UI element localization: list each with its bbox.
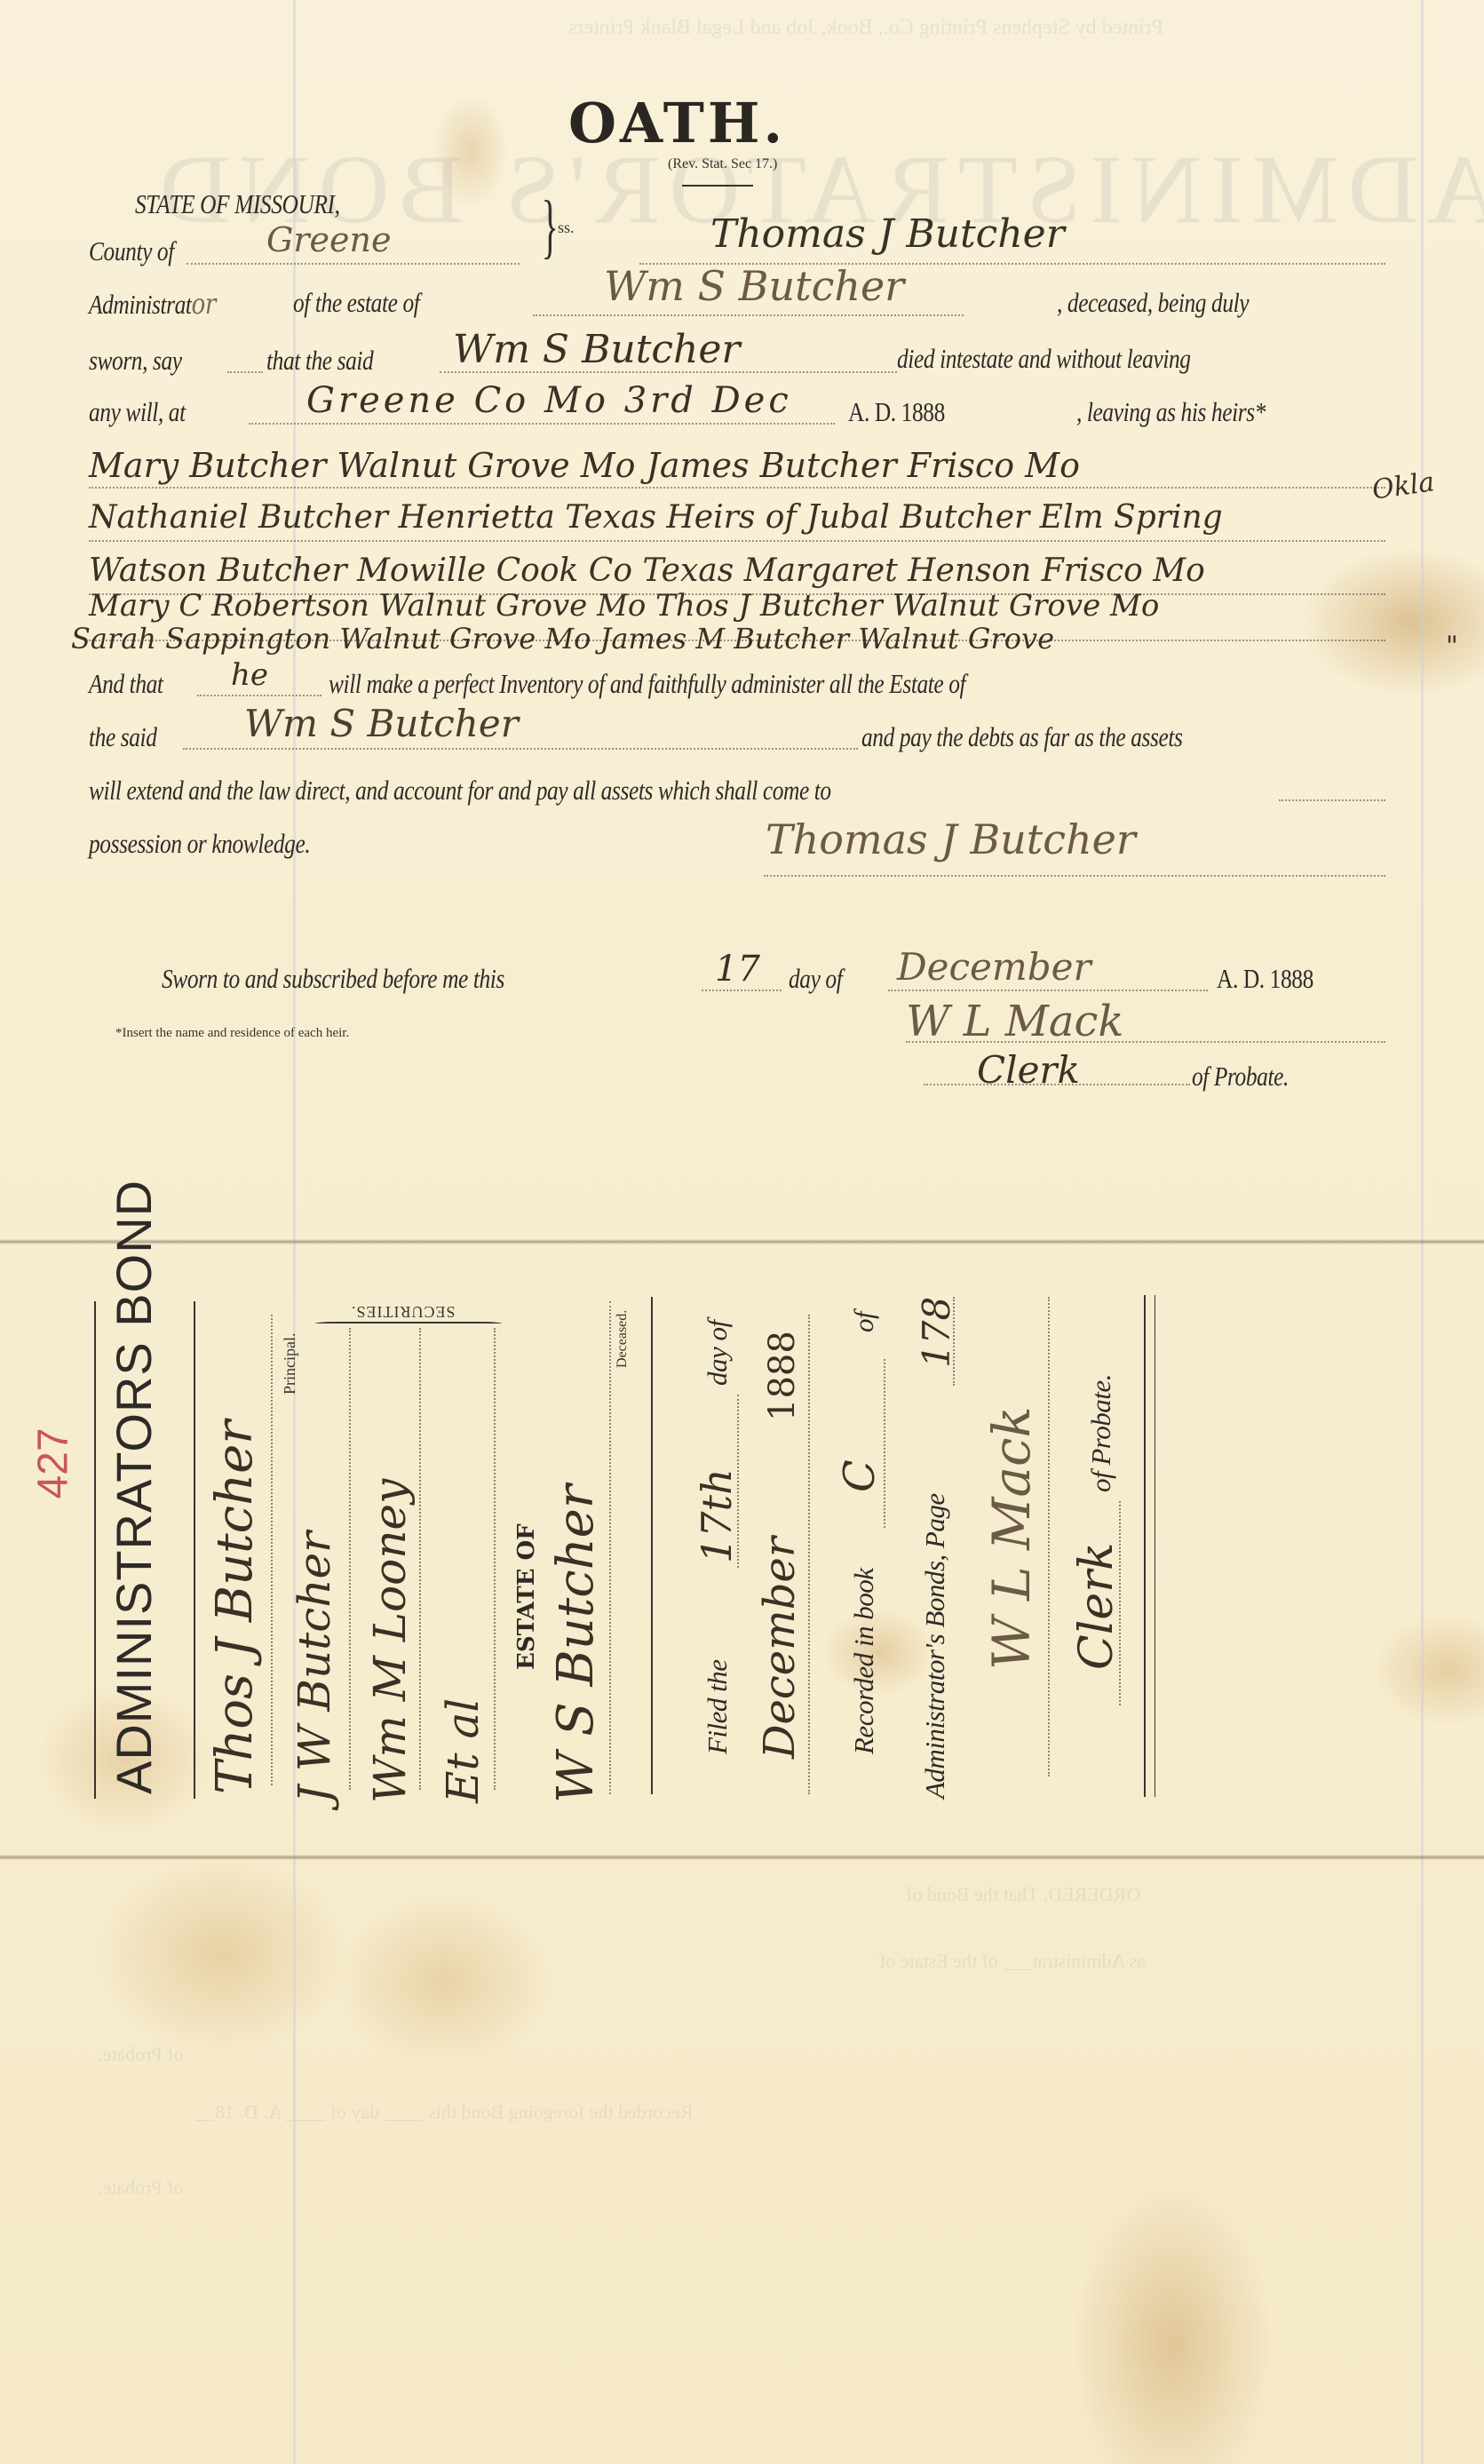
deceased-label: Deceased. — [615, 1310, 631, 1368]
heir-entry-3: Watson Butcher Mowille Cook Co Texas Mar… — [89, 552, 1205, 589]
security-field-line-3 — [494, 1328, 496, 1790]
recorded-of-label: of — [848, 1312, 880, 1332]
died-intestate-label: died intestate and without leaving — [897, 343, 1191, 375]
bleed-probate-line: of Probate. — [98, 2043, 184, 2066]
ss-brace: } — [542, 191, 559, 262]
deceased-field-line — [609, 1301, 611, 1794]
administrator-suffix: or — [192, 287, 217, 321]
pay-debts-text: and pay the debts as far as the assets — [861, 721, 1182, 753]
and-that-value: he — [231, 657, 268, 693]
recorded-book-field-line — [884, 1359, 885, 1528]
sworn-month-value: December — [897, 945, 1091, 989]
affiant-signature: Thomas J Butcher — [766, 815, 1136, 863]
fold-line-lower — [0, 1855, 1484, 1860]
principal-name: Thos J Butcher — [206, 1420, 264, 1794]
county-field-line — [186, 263, 520, 265]
heir-entry-1: Mary Butcher Walnut Grove Mo James Butch… — [89, 446, 1080, 485]
estate-of-label: ESTATE OF — [513, 1523, 540, 1670]
place-field-line — [249, 423, 835, 425]
bond-of-probate-label: of Probate. — [1085, 1374, 1117, 1492]
bond-divider-right-2 — [1155, 1295, 1155, 1797]
and-that-label: And that — [89, 668, 163, 700]
filed-month: December — [755, 1537, 805, 1759]
county-value: Greene — [266, 220, 391, 259]
that-the-said-label: that the said — [266, 345, 373, 377]
recorded-label: Recorded in book — [848, 1569, 880, 1755]
crease-vertical-right — [1421, 0, 1424, 2464]
extend-text: will extend and the law direct, and acco… — [89, 775, 831, 807]
bonds-page-label: Administrator's Bonds, Page — [919, 1493, 951, 1799]
heirs-line-1 — [89, 487, 1385, 489]
place-date-value: Greene Co Mo 3rd Dec — [306, 380, 792, 421]
principal-label: Principal. — [281, 1333, 299, 1395]
the-said-value: Wm S Butcher — [244, 702, 519, 745]
security-field-line-1 — [349, 1328, 351, 1790]
footnote: *Insert the name and residence of each h… — [115, 1026, 349, 1041]
heirs-ditto-mark: " — [1446, 631, 1458, 662]
securities-brace — [315, 1322, 502, 1323]
heirs-margin-note: Okla — [1370, 466, 1436, 505]
signature-line — [764, 875, 1385, 877]
bond-clerk-signature-line — [1048, 1297, 1050, 1776]
bond-divider-right-1 — [1144, 1295, 1146, 1797]
heirs-line-2 — [89, 540, 1385, 542]
heir-entry-2: Nathaniel Butcher Henrietta Texas Heirs … — [89, 499, 1223, 536]
document-page: Printed by Stephens Printing Co., Book, … — [0, 0, 1484, 2464]
the-said-label: the said — [89, 721, 157, 753]
bonds-page: 178 — [915, 1297, 958, 1368]
securities-label: SECURITIES. — [351, 1302, 456, 1321]
deceased-field-line — [533, 314, 964, 316]
possession-text: possession or knowledge. — [89, 828, 310, 860]
administrator-label: Administrator — [89, 287, 216, 321]
statute-reference: (Rev. Stat. Sec 17.) — [668, 156, 777, 172]
bond-divider-1 — [651, 1297, 653, 1794]
any-will-label: any will, at — [89, 396, 186, 428]
county-label: County of — [89, 235, 174, 267]
bond-deceased-name: W S Butcher — [547, 1484, 605, 1803]
bond-clerk-signature: W L Mack — [981, 1406, 1042, 1670]
filed-day-of-label: day of — [702, 1320, 734, 1386]
principal-field-line — [271, 1315, 273, 1785]
bond-heading-rule-left — [94, 1301, 96, 1799]
sworn-day-value: 17 — [715, 949, 760, 990]
bleed-recorded-line: Recorded the foregoing Bond this ____ da… — [195, 2101, 693, 2124]
the-said-field-line — [183, 748, 858, 750]
bleed-probate-line-2: of Probate. — [98, 2176, 184, 2199]
clerk-signature: W L Mack — [906, 997, 1123, 1046]
and-that-field-line — [197, 695, 321, 696]
title-rule — [682, 185, 753, 187]
deceased-label: , deceased, being duly — [1057, 287, 1249, 319]
affiant-name: Thomas J Butcher — [710, 211, 1065, 257]
bond-heading: ADMINISTRATORS BOND — [105, 1180, 163, 1794]
heir-entry-4: Mary C Robertson Walnut Grove Mo Thos J … — [89, 588, 1159, 624]
extend-field-line — [1279, 799, 1385, 801]
bond-clerk-title: Clerk — [1070, 1542, 1123, 1670]
filed-month-field-line — [808, 1315, 810, 1794]
inventory-text: will make a perfect Inventory of and fai… — [329, 668, 965, 700]
filed-the-label: Filed the — [702, 1659, 734, 1754]
security-name-2: Wm M Looney — [364, 1479, 416, 1803]
security-name-3: Et al — [437, 1698, 488, 1803]
sworn-field-line — [227, 371, 263, 373]
ss-label: ss. — [558, 219, 575, 237]
ad-year-label: A. D. 1888 — [848, 396, 945, 428]
estate-of-label: of the estate of — [293, 287, 419, 319]
leaving-heirs-label: , leaving as his heirs* — [1076, 396, 1266, 428]
filed-year: 1888 — [762, 1331, 803, 1421]
heir-entry-5: Sarah Sappington Walnut Grove Mo James M… — [71, 622, 1054, 656]
bleed-admin-line: as Administrat___ of the Estate of — [879, 1950, 1146, 1973]
sworn-year-label: A. D. 1888 — [1217, 963, 1313, 995]
security-field-line-2 — [419, 1328, 421, 1790]
filed-day: 17th — [693, 1468, 741, 1563]
deceased-name: Wm S Butcher — [604, 262, 904, 310]
bleed-ordered-line: ORDERED, That the Bond of — [906, 1883, 1140, 1906]
sworn-to-label: Sworn to and subscribed before me this — [162, 963, 504, 995]
state-label: STATE OF MISSOURI, — [135, 188, 340, 220]
recorded-book: C — [835, 1459, 885, 1492]
sworn-day-field-line — [702, 990, 782, 991]
file-number: 427 — [29, 1427, 78, 1498]
deceased-name-2: Wm S Butcher — [453, 327, 740, 372]
fold-line-upper — [0, 1239, 1484, 1244]
day-of-label: day of — [789, 963, 842, 995]
sworn-month-field-line — [888, 990, 1208, 991]
security-name-1: J W Butcher — [289, 1531, 340, 1803]
of-probate-label: of Probate. — [1192, 1061, 1289, 1093]
administrator-label-text: Administrat — [89, 289, 192, 320]
bond-heading-rule-right — [194, 1301, 195, 1799]
sworn-label: sworn, say — [89, 345, 182, 377]
clerk-title: Clerk — [977, 1048, 1080, 1092]
bleed-printer-line: Printed by Stephens Printing Co., Book, … — [568, 16, 1163, 40]
oath-title: OATH. — [568, 91, 786, 155]
